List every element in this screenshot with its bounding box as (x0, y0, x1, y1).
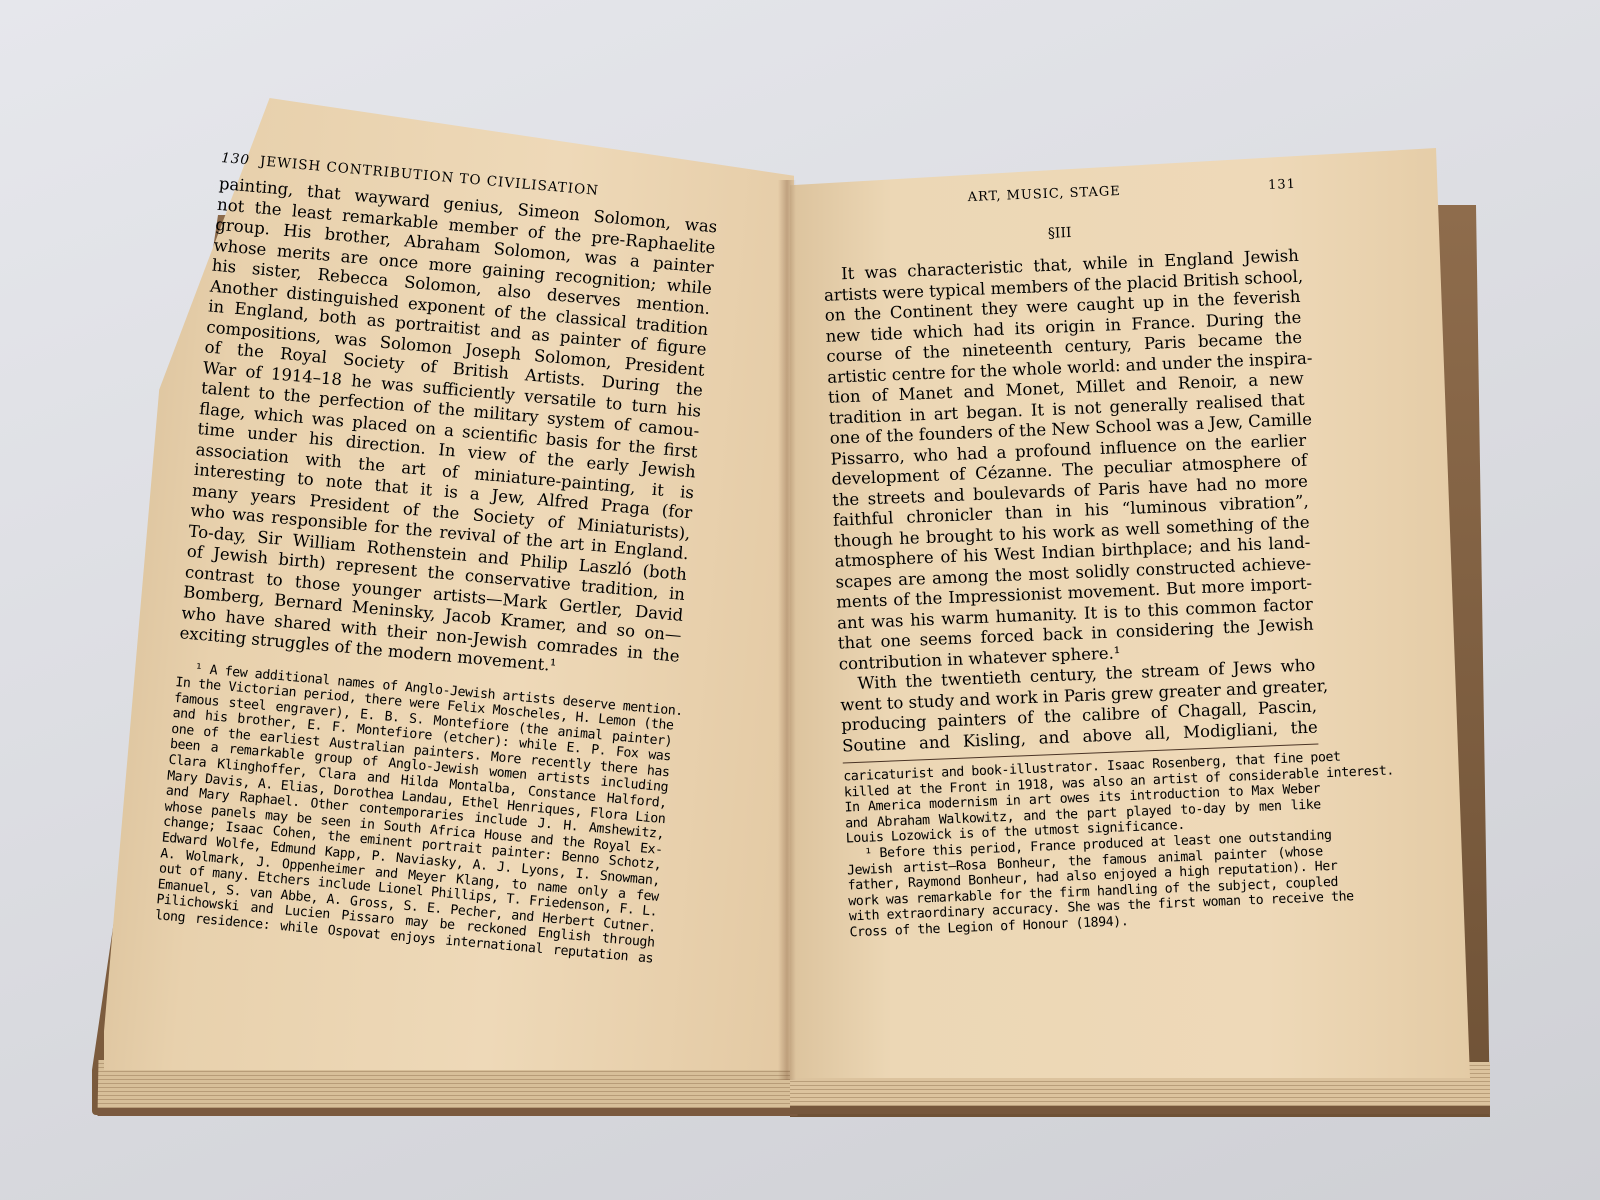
book-gutter (778, 180, 796, 1080)
right-body: It was characteristic that, while in Eng… (823, 246, 1318, 757)
section-heading: §III (822, 216, 1298, 251)
left-page-number: 130 (221, 150, 251, 168)
right-page-text: ART, MUSIC, STAGE 131 §III It was charac… (820, 177, 1326, 941)
left-body: painting, that wayward genius, Simeon So… (179, 174, 718, 687)
right-page-number: 131 (1268, 177, 1296, 193)
right-footnotes: caricaturist and book-illustrator. Isaac… (843, 750, 1326, 940)
left-page-text: 130 JEWISH CONTRIBUTION TO CIVILISATION … (154, 150, 720, 967)
left-footnotes: ¹ A few additional names of Anglo-Jewish… (154, 660, 675, 968)
open-book: 130 JEWISH CONTRIBUTION TO CIVILISATION … (0, 0, 1600, 1200)
